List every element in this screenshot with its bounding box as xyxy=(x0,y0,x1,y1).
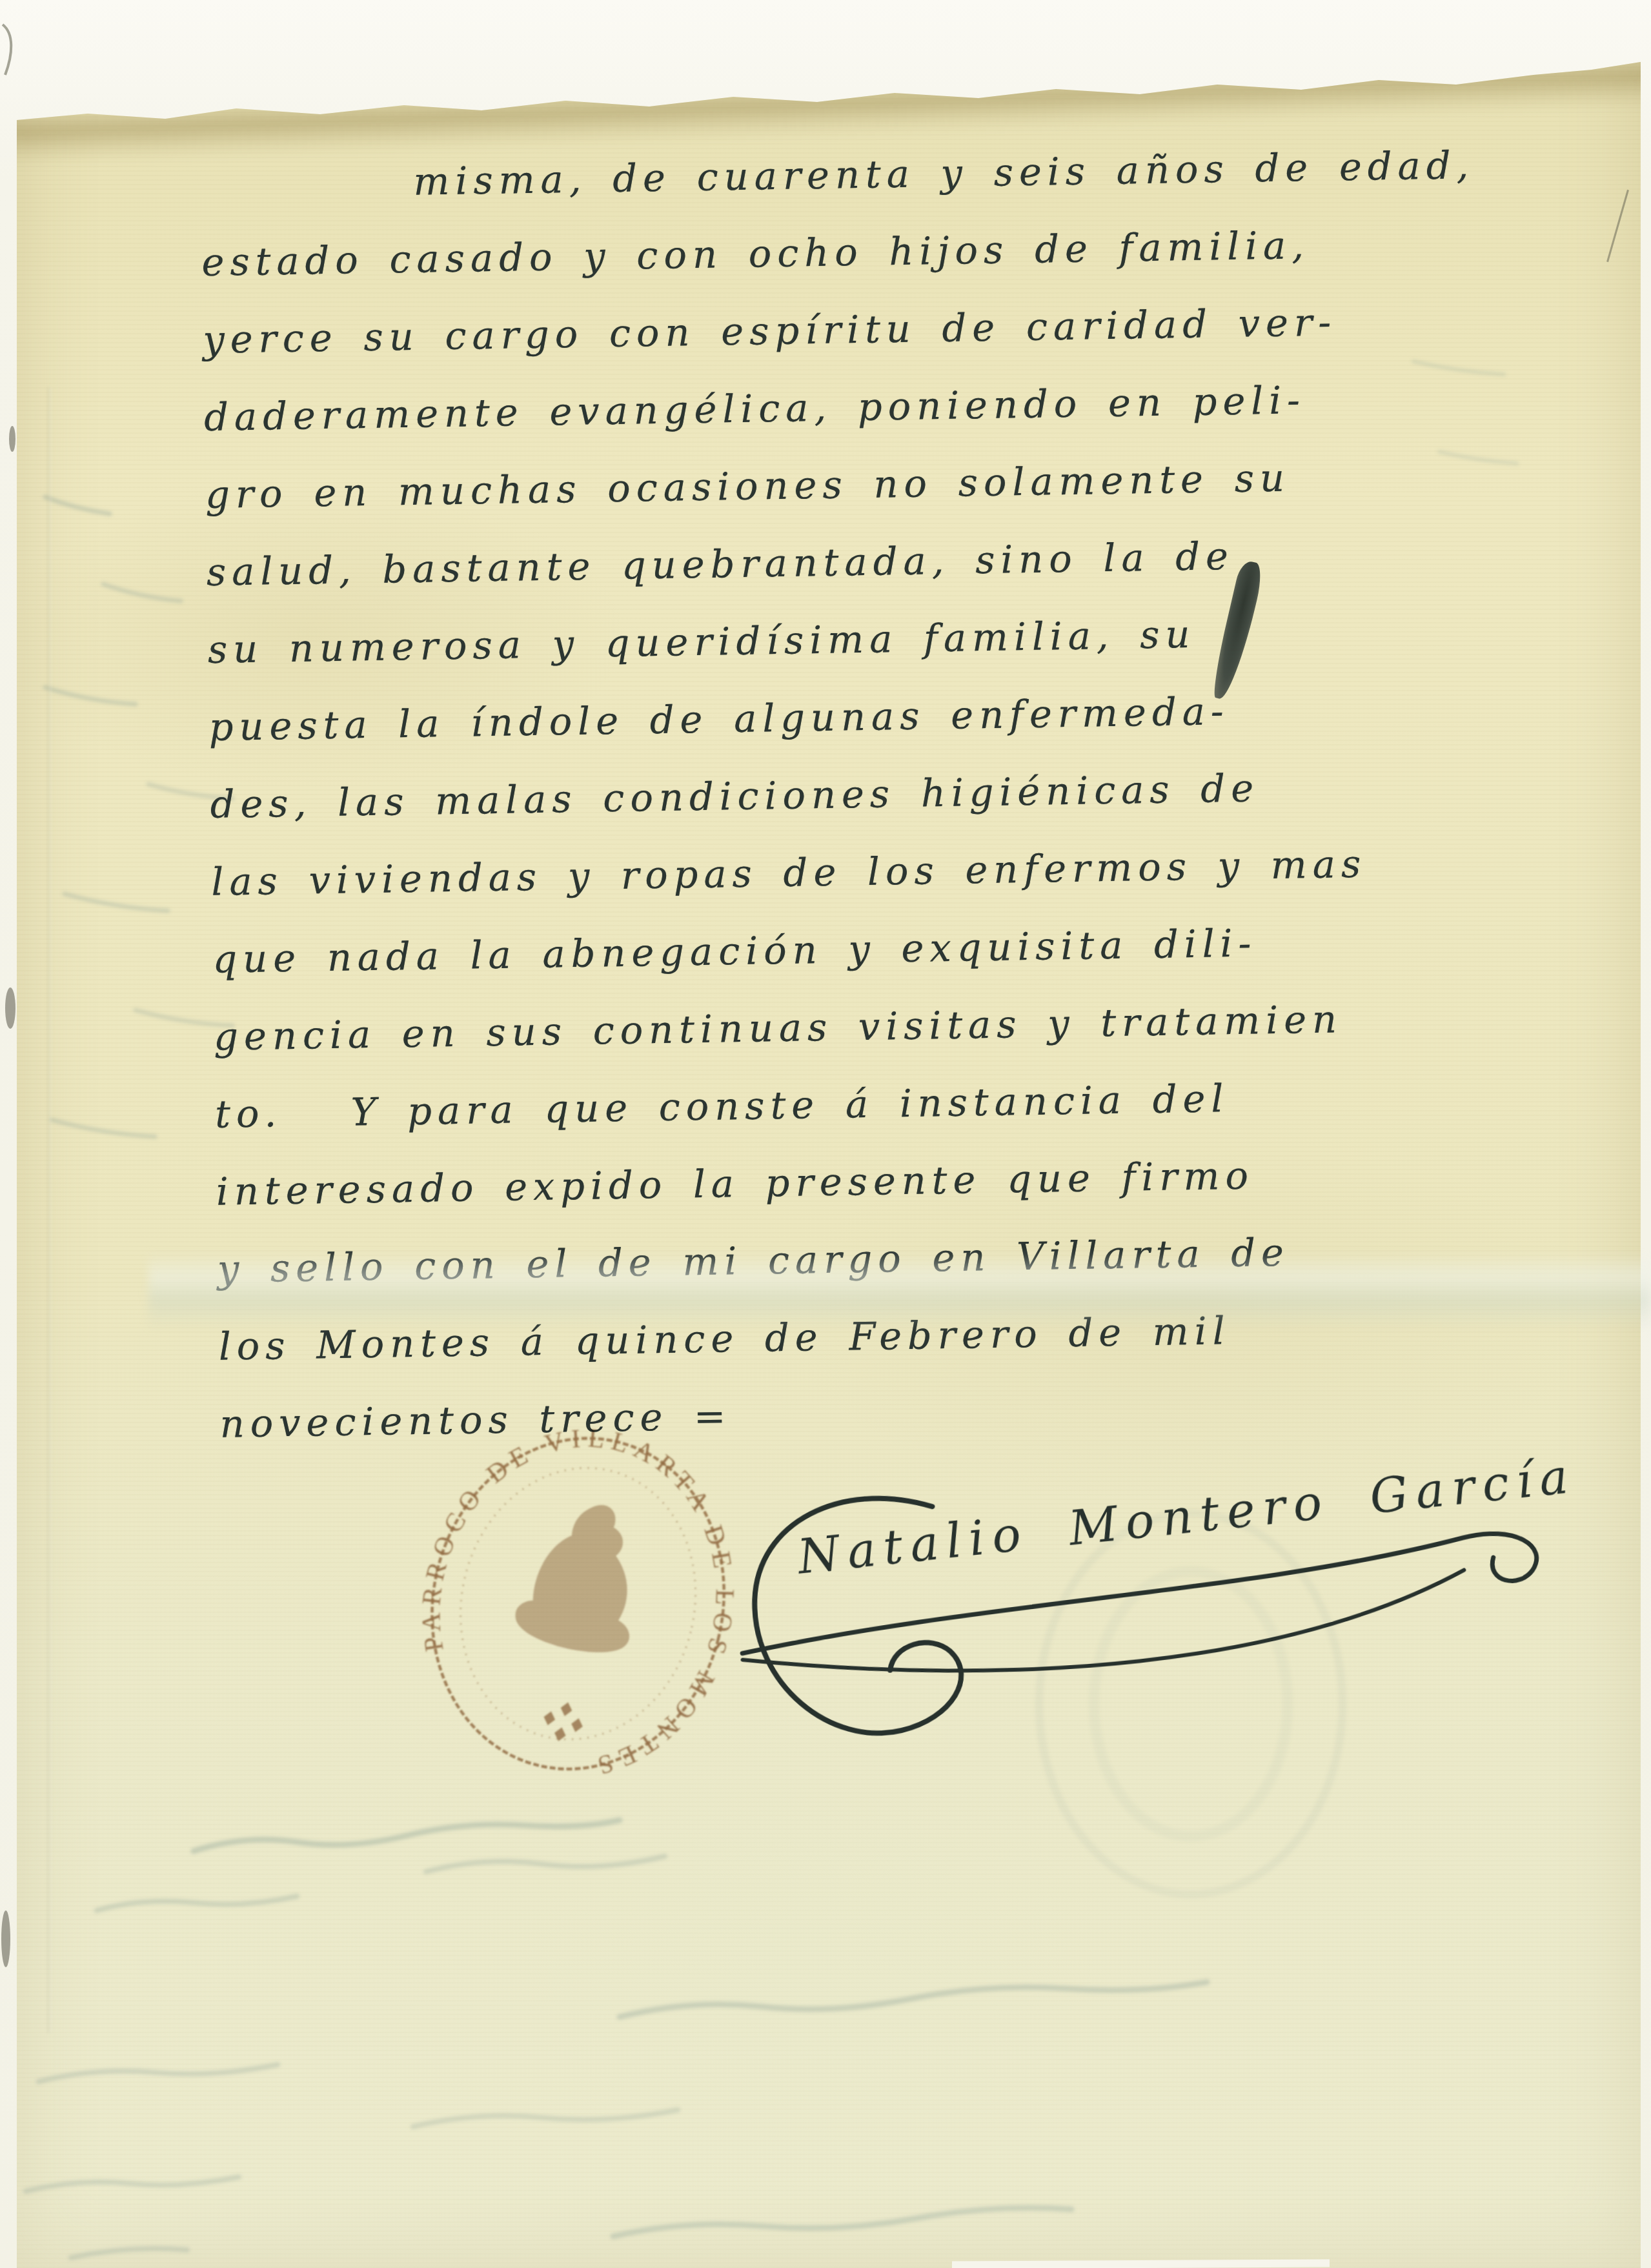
edge-smudge xyxy=(9,426,15,452)
edge-smudge xyxy=(5,987,15,1029)
letter-body: misma, de cuarenta y seis años de edad, … xyxy=(200,143,1447,1479)
paper-bottom-gap xyxy=(952,2259,1330,2268)
edge-smudge xyxy=(1,1910,10,1967)
corner-curl-mark xyxy=(0,22,26,80)
stamp-figure xyxy=(511,1491,659,1663)
scanned-document: misma, de cuarenta y seis años de edad, … xyxy=(0,0,1651,2268)
signature: Natalio Montero García xyxy=(699,1448,1586,1763)
